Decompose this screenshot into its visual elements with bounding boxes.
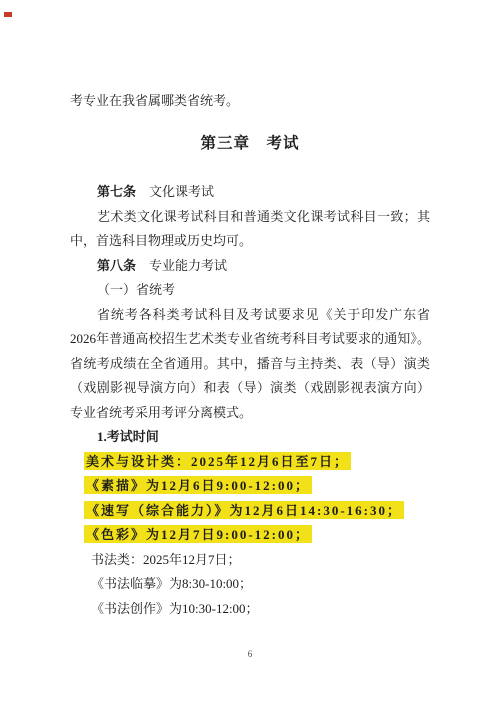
highlighted-text: 《素描》为12月6日9:00-12:00； <box>84 476 312 494</box>
red-mark <box>4 12 12 17</box>
article-7-paragraph-line-1: 艺术类文化课考试科目和普通类文化课考试科目一致；其 <box>70 205 430 230</box>
article-8-label: 第八条 <box>97 258 136 273</box>
document-body: 考专业在我省属哪类省统考。 第三章 考试 第七条文化课考试 艺术类文化课考试科目… <box>70 89 430 621</box>
document-page: 考专业在我省属哪类省统考。 第三章 考试 第七条文化课考试 艺术类文化课考试科目… <box>0 0 500 707</box>
schedule-calligraphy-line: 书法类：2025年12月7日； <box>70 548 430 573</box>
item-1-heading: 1.考试时间 <box>70 425 430 450</box>
chapter-heading: 第三章 考试 <box>70 132 430 157</box>
article-7-title: 文化课考试 <box>149 184 214 199</box>
highlighted-text: 《速写（综合能力）》为12月6日14:30-16:30； <box>84 501 404 519</box>
schedule-color-line: 《色彩》为12月7日9:00-12:00； <box>70 523 430 548</box>
province-exam-paragraph-line-4: （戏剧影视导演方向）和表（导）演类（戏剧影视表演方向） <box>70 376 430 401</box>
article-7-label: 第七条 <box>97 184 136 199</box>
schedule-calligraphy-create-line: 《书法创作》为10:30-12:00； <box>70 597 430 622</box>
schedule-calligraphy-copy-line: 《书法临摹》为8:30-10:00； <box>70 572 430 597</box>
article-7-heading: 第七条文化课考试 <box>70 180 430 205</box>
schedule-sketch-line: 《素描》为12月6日9:00-12:00； <box>70 474 430 499</box>
article-7-paragraph-line-2: 中，首选科目物理或历史均可。 <box>70 229 430 254</box>
subsection-1-heading: （一）省统考 <box>70 278 430 303</box>
article-8-title: 专业能力考试 <box>149 258 227 273</box>
province-exam-paragraph-line-1: 省统考各科类考试科目及考试要求见《关于印发广东省 <box>70 303 430 328</box>
province-exam-paragraph-line-5: 专业省统考采用考评分离模式。 <box>70 401 430 426</box>
schedule-art-design-line: 美术与设计类：2025年12月6日至7日； <box>70 450 430 475</box>
highlighted-text: 《色彩》为12月7日9:00-12:00； <box>84 525 312 543</box>
province-exam-paragraph-line-3: 省统考成绩在全省通用。其中，播音与主持类、表（导）演类 <box>70 352 430 377</box>
page-number: 6 <box>0 649 500 659</box>
intro-tail-line: 考专业在我省属哪类省统考。 <box>70 89 430 114</box>
highlighted-text: 美术与设计类：2025年12月6日至7日； <box>84 452 351 470</box>
schedule-speed-sketch-line: 《速写（综合能力）》为12月6日14:30-16:30； <box>70 499 430 524</box>
article-8-heading: 第八条专业能力考试 <box>70 254 430 279</box>
province-exam-paragraph-line-2: 2026年普通高校招生艺术类专业省统考科目考试要求的通知》。 <box>70 327 430 352</box>
